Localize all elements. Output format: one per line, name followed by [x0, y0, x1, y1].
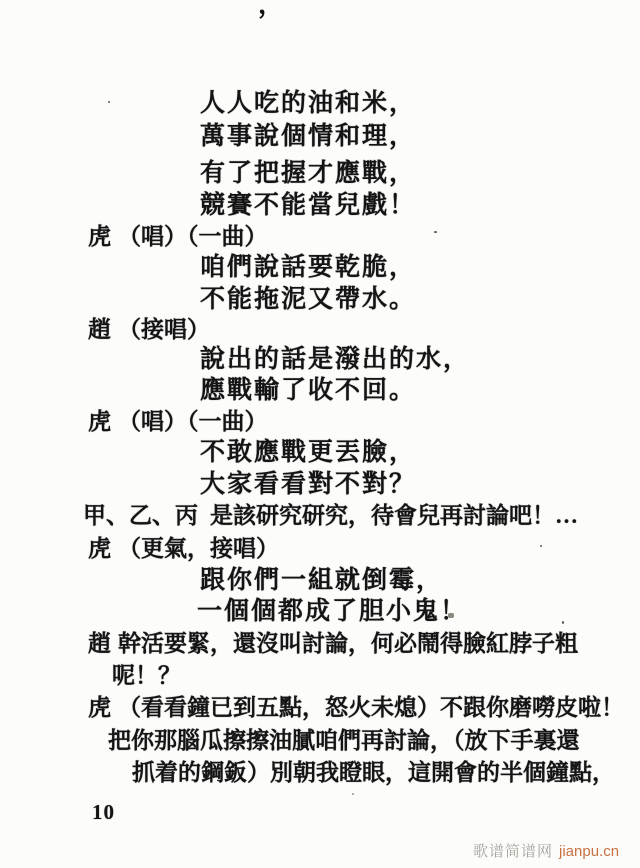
- line-text: 把你那腦瓜擦擦油膩咱們再討論，（放下手裏還: [108, 728, 580, 753]
- script-line: 一個個都成了胆小鬼！: [197, 598, 467, 626]
- line-text: 應戰輸了收不回。: [200, 377, 416, 404]
- script-line: 不敢應戰更丟臉，: [200, 439, 416, 467]
- speaker-label: 虎: [88, 223, 118, 251]
- line-text: 呢！？: [112, 663, 181, 688]
- scan-smudge: [448, 613, 454, 618]
- script-line: 虎（唱）（一曲）: [88, 408, 268, 436]
- line-text: 跟你們一組就倒霉，: [200, 567, 443, 594]
- watermark-site-url: jianpu.cn: [559, 843, 619, 860]
- speaker-label: 甲、乙、丙: [83, 503, 198, 528]
- script-line: 應戰輸了收不回。: [200, 377, 416, 405]
- scanned-page: ， 人人吃的油和米， 萬事說個情和理， 有了把握才應戰， 競賽不能當兒戲！ 虎（…: [0, 0, 640, 868]
- speaker-label: 趙: [88, 316, 118, 344]
- line-text: （看看鐘已到五點，怒火未熄）不跟你磨嘮皮啦！: [118, 695, 624, 720]
- script-line: 呢！？: [112, 662, 181, 690]
- line-text: 競賽不能當兒戲！: [200, 192, 416, 219]
- script-line: 甲、乙、丙是該研究研究，待會兒再討論吧！…: [83, 502, 578, 530]
- line-text: 人人吃的油和米，: [200, 90, 416, 117]
- script-line: 萬事說個情和理，: [200, 123, 416, 151]
- script-line: 咱們說話要乾脆，: [200, 254, 416, 282]
- line-text: 咱們說話要乾脆，: [200, 254, 416, 281]
- line-text: 不能拖泥又帶水。: [200, 286, 416, 313]
- line-text: 有了把握才應戰，: [200, 160, 416, 187]
- script-line: 把你那腦瓜擦擦油膩咱們再討論，（放下手裏還: [108, 727, 580, 755]
- script-line: 有了把握才應戰，: [200, 160, 416, 188]
- line-text: 萬事說個情和理，: [200, 123, 416, 150]
- script-line: 虎（看看鐘已到五點，怒火未熄）不跟你磨嘮皮啦！: [88, 694, 624, 722]
- stage-direction: （唱）（一曲）: [118, 224, 268, 249]
- script-line: 競賽不能當兒戲！: [200, 192, 416, 220]
- line-text: 是該研究研究，待會兒再討論吧！…: [210, 503, 578, 528]
- stage-direction: （接唱）: [118, 317, 210, 342]
- watermark-site-name: 歌谱简谱网: [473, 843, 553, 860]
- scan-speck: [352, 793, 354, 795]
- stage-direction: （更氣，接唱）: [118, 536, 279, 561]
- line-text: 大家看看對不對？: [200, 471, 416, 498]
- speaker-label: 虎: [88, 694, 118, 722]
- watermark: 歌谱简谱网jianpu.cn: [473, 840, 619, 861]
- script-line: 不能拖泥又帶水。: [200, 286, 416, 314]
- line-text: 不敢應戰更丟臉，: [200, 439, 416, 466]
- line-text: 說出的話是潑出的水，: [200, 346, 470, 373]
- script-line: 趙（接唱）: [88, 316, 210, 344]
- scan-speck: [434, 231, 437, 233]
- scan-speck: [540, 545, 542, 547]
- script-line: 趙幹活要緊，還沒叫討論，何必鬧得臉紅脖子粗: [88, 630, 578, 658]
- script-line: 虎（唱）（一曲）: [88, 223, 268, 251]
- speaker-label: 趙: [88, 630, 118, 658]
- speaker-label: 虎: [88, 535, 118, 563]
- script-line: 跟你們一組就倒霉，: [200, 567, 443, 595]
- clipped-glyph-artifact: ，: [258, 0, 284, 21]
- script-line: 虎（更氣，接唱）: [88, 535, 279, 563]
- script-line: 人人吃的油和米，: [200, 90, 416, 118]
- line-text: 幹活要緊，還沒叫討論，何必鬧得臉紅脖子粗: [118, 631, 578, 656]
- line-text: 抓着的鋼鈑）別朝我瞪眼，這開會的半個鐘點，: [132, 760, 615, 785]
- script-line: 大家看看對不對？: [200, 471, 416, 499]
- stage-direction: （唱）（一曲）: [118, 409, 268, 434]
- speaker-label: 虎: [88, 408, 118, 436]
- page-number: 10: [92, 800, 115, 825]
- scan-speck: [108, 101, 110, 103]
- line-text: 一個個都成了胆小鬼！: [197, 598, 467, 625]
- script-line: 抓着的鋼鈑）別朝我瞪眼，這開會的半個鐘點，: [132, 759, 615, 787]
- script-line: 說出的話是潑出的水，: [200, 346, 470, 374]
- scan-speck: [562, 621, 564, 624]
